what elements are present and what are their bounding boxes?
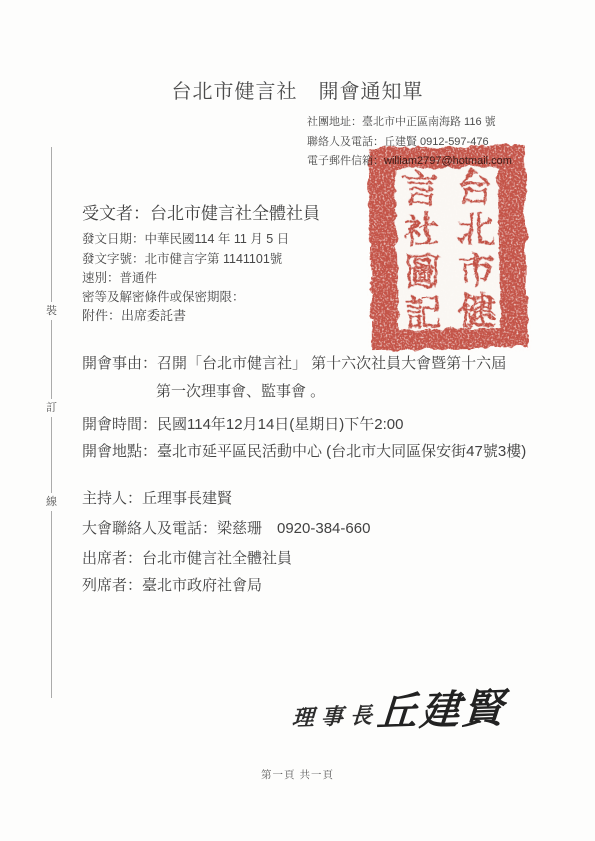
attachment-line: 附件：出席委託書 — [82, 305, 186, 324]
signature-name-handwritten: 丘建賢 — [375, 677, 508, 739]
page-title: 台北市健言社 開會通知單 — [0, 75, 595, 104]
organization-seal-stamp: 台 北 市 健 言 社 圖 記 — [364, 140, 532, 354]
meeting-liaison-line: 大會聯絡人及電話：梁慈珊 0920-384-660 — [82, 517, 370, 538]
meeting-observers-line: 列席者：臺北市政府社會局 — [82, 574, 262, 595]
meeting-location-line: 開會地點：臺北市延平區民活動中心 (台北市大同區保安街47號3樓) — [82, 440, 526, 461]
meeting-notice-document: 台北市健言社 開會通知單 社團地址：臺北市中正區南海路 116 號 聯絡人及電話… — [0, 0, 595, 841]
page-number-footer: 第一頁 共一頁 — [0, 767, 595, 782]
binding-mark-ding: 訂 — [44, 399, 59, 417]
signature-title: 理事長 — [291, 698, 379, 732]
meeting-subject-line2: 第一次理事會、監事會 。 — [156, 380, 325, 401]
seal-texture-overlay — [364, 140, 532, 354]
meeting-time-line: 開會時間：民國114年12月14日(星期日)下午2:00 — [82, 413, 403, 434]
binding-mark-xian: 線 — [44, 493, 59, 511]
meeting-subject-line1: 開會事由：召開「台北市健言社」 第十六次社員大會暨第十六屆 — [82, 352, 506, 373]
meeting-host-line: 主持人：丘理事長建賢 — [82, 487, 232, 508]
issue-date-line: 發文日期：中華民國114 年 11 月 5 日 — [82, 229, 289, 247]
doc-number-line: 發文字號：北市健言字第 1141101號 — [82, 249, 282, 267]
speed-class-line: 速別：普通件 — [82, 268, 157, 286]
security-class-line: 密等及解密條件或保密期限： — [82, 287, 245, 305]
recipient-line: 受文者：台北市健言社全體社員 — [82, 199, 320, 224]
org-address: 社團地址：臺北市中正區南海路 116 號 — [307, 113, 512, 133]
binding-mark-zhuang: 裝 — [44, 302, 59, 320]
meeting-attendees-line: 出席者：台北市健言社全體社員 — [82, 547, 292, 568]
binding-line — [51, 147, 52, 698]
